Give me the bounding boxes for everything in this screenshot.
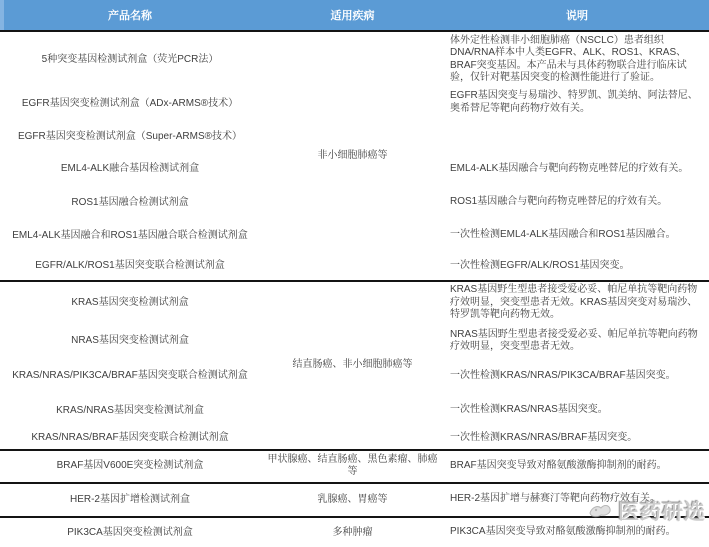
product-cell: KRAS/NRAS/BRAF基因突变联合检测试剂盒 bbox=[0, 428, 260, 450]
column-header-disease: 适用疾病 bbox=[260, 0, 445, 31]
section-nsclc: 5种突变基因检测试剂盒（荧光PCR法） 非小细胞肺癌等 体外定性检测非小细胞肺癌… bbox=[0, 32, 709, 282]
desc-cell: 一次性检测EGFR/ALK/ROS1基因突变。 bbox=[445, 252, 709, 281]
desc-cell: 一次性检测KRAS/NRAS/PIK3CA/BRAF基因突变。 bbox=[445, 359, 709, 394]
section-colorectal: KRAS基因突变检测试剂盒 结直肠癌、非小细胞肺癌等 KRAS基因野生型患者接受… bbox=[0, 282, 709, 451]
disease-cell: 甲状腺癌、结直肠癌、黑色素瘤、肺癌等 bbox=[260, 451, 445, 483]
desc-cell: HER-2基因扩增与赫赛汀等靶向药物疗效有关。 bbox=[445, 484, 709, 517]
product-cell: BRAF基因V600E突变检测试剂盒 bbox=[0, 451, 260, 483]
header-edge-highlight bbox=[0, 0, 4, 30]
table-row: KRAS基因突变检测试剂盒 结直肠癌、非小细胞肺癌等 KRAS基因野生型患者接受… bbox=[0, 282, 709, 324]
disease-cell: 结直肠癌、非小细胞肺癌等 bbox=[260, 282, 445, 450]
section-pik3ca: PIK3CA基因突变检测试剂盒 多种肿瘤 PIK3CA基因突变导致对酪氨酸激酶抑… bbox=[0, 518, 709, 547]
product-cell: ROS1基因融合检测试剂盒 bbox=[0, 186, 260, 219]
table-header: 产品名称 适用疾病 说明 bbox=[0, 0, 709, 32]
product-cell: PIK3CA基因突变检测试剂盒 bbox=[0, 518, 260, 547]
desc-cell: ROS1基因融合与靶向药物克唑替尼的疗效有关。 bbox=[445, 186, 709, 219]
disease-cell: 非小细胞肺癌等 bbox=[260, 32, 445, 281]
desc-cell: 体外定性检测非小细胞肺癌（NSCLC）患者组织DNA/RNA样本中人类EGFR、… bbox=[445, 32, 709, 87]
disease-cell: 乳腺癌、胃癌等 bbox=[260, 484, 445, 517]
desc-cell: EGFR基因突变与易瑞沙、特罗凯、凯美纳、阿法替尼、奥希替尼等靶向药物疗效有关。 bbox=[445, 87, 709, 152]
header-row: 产品名称 适用疾病 说明 bbox=[0, 0, 709, 31]
product-cell: EGFR/ALK/ROS1基因突变联合检测试剂盒 bbox=[0, 252, 260, 281]
product-cell: EML4-ALK基因融合和ROS1基因融合联合检测试剂盒 bbox=[0, 219, 260, 252]
desc-cell: NRAS基因野生型患者接受爱必妥、帕尼单抗等靶向药物疗效明显，突变型患者无效。 bbox=[445, 324, 709, 359]
disease-cell: 多种肿瘤 bbox=[260, 518, 445, 547]
product-cell: 5种突变基因检测试剂盒（荧光PCR法） bbox=[0, 32, 260, 87]
column-header-note: 说明 bbox=[445, 0, 709, 31]
table-row: BRAF基因V600E突变检测试剂盒 甲状腺癌、结直肠癌、黑色素瘤、肺癌等 BR… bbox=[0, 451, 709, 483]
product-cell: KRAS基因突变检测试剂盒 bbox=[0, 282, 260, 324]
desc-cell: 一次性检测EML4-ALK基因融合和ROS1基因融合。 bbox=[445, 219, 709, 252]
product-cell: EGFR基因突变检测试剂盒（Super-ARMS®技术） bbox=[0, 121, 260, 152]
product-cell: KRAS/NRAS基因突变检测试剂盒 bbox=[0, 394, 260, 428]
product-cell: EGFR基因突变检测试剂盒（ADx-ARMS®技术） bbox=[0, 87, 260, 121]
column-header-product: 产品名称 bbox=[0, 0, 260, 31]
product-cell: EML4-ALK融合基因检测试剂盒 bbox=[0, 152, 260, 186]
section-her2: HER-2基因扩增检测试剂盒 乳腺癌、胃癌等 HER-2基因扩增与赫赛汀等靶向药… bbox=[0, 484, 709, 518]
desc-cell: PIK3CA基因突变导致对酪氨酸激酶抑制剂的耐药。 bbox=[445, 518, 709, 547]
table-row: HER-2基因扩增检测试剂盒 乳腺癌、胃癌等 HER-2基因扩增与赫赛汀等靶向药… bbox=[0, 484, 709, 517]
desc-cell: 一次性检测KRAS/NRAS/BRAF基因突变。 bbox=[445, 428, 709, 450]
desc-cell: EML4-ALK基因融合与靶向药物克唑替尼的疗效有关。 bbox=[445, 152, 709, 186]
table-row: 5种突变基因检测试剂盒（荧光PCR法） 非小细胞肺癌等 体外定性检测非小细胞肺癌… bbox=[0, 32, 709, 87]
product-cell: NRAS基因突变检测试剂盒 bbox=[0, 324, 260, 359]
desc-cell: BRAF基因突变导致对酪氨酸激酶抑制剂的耐药。 bbox=[445, 451, 709, 483]
table-row: PIK3CA基因突变检测试剂盒 多种肿瘤 PIK3CA基因突变导致对酪氨酸激酶抑… bbox=[0, 518, 709, 547]
product-cell: KRAS/NRAS/PIK3CA/BRAF基因突变联合检测试剂盒 bbox=[0, 359, 260, 394]
desc-cell: KRAS基因野生型患者接受爱必妥、帕尼单抗等靶向药物疗效明显，突变型患者无效。K… bbox=[445, 282, 709, 324]
product-cell: HER-2基因扩增检测试剂盒 bbox=[0, 484, 260, 517]
gene-test-product-table: 产品名称 适用疾病 说明 5种突变基因检测试剂盒（荧光PCR法） 非小细胞肺癌等… bbox=[0, 0, 709, 547]
desc-cell: 一次性检测KRAS/NRAS基因突变。 bbox=[445, 394, 709, 428]
section-braf: BRAF基因V600E突变检测试剂盒 甲状腺癌、结直肠癌、黑色素瘤、肺癌等 BR… bbox=[0, 451, 709, 484]
